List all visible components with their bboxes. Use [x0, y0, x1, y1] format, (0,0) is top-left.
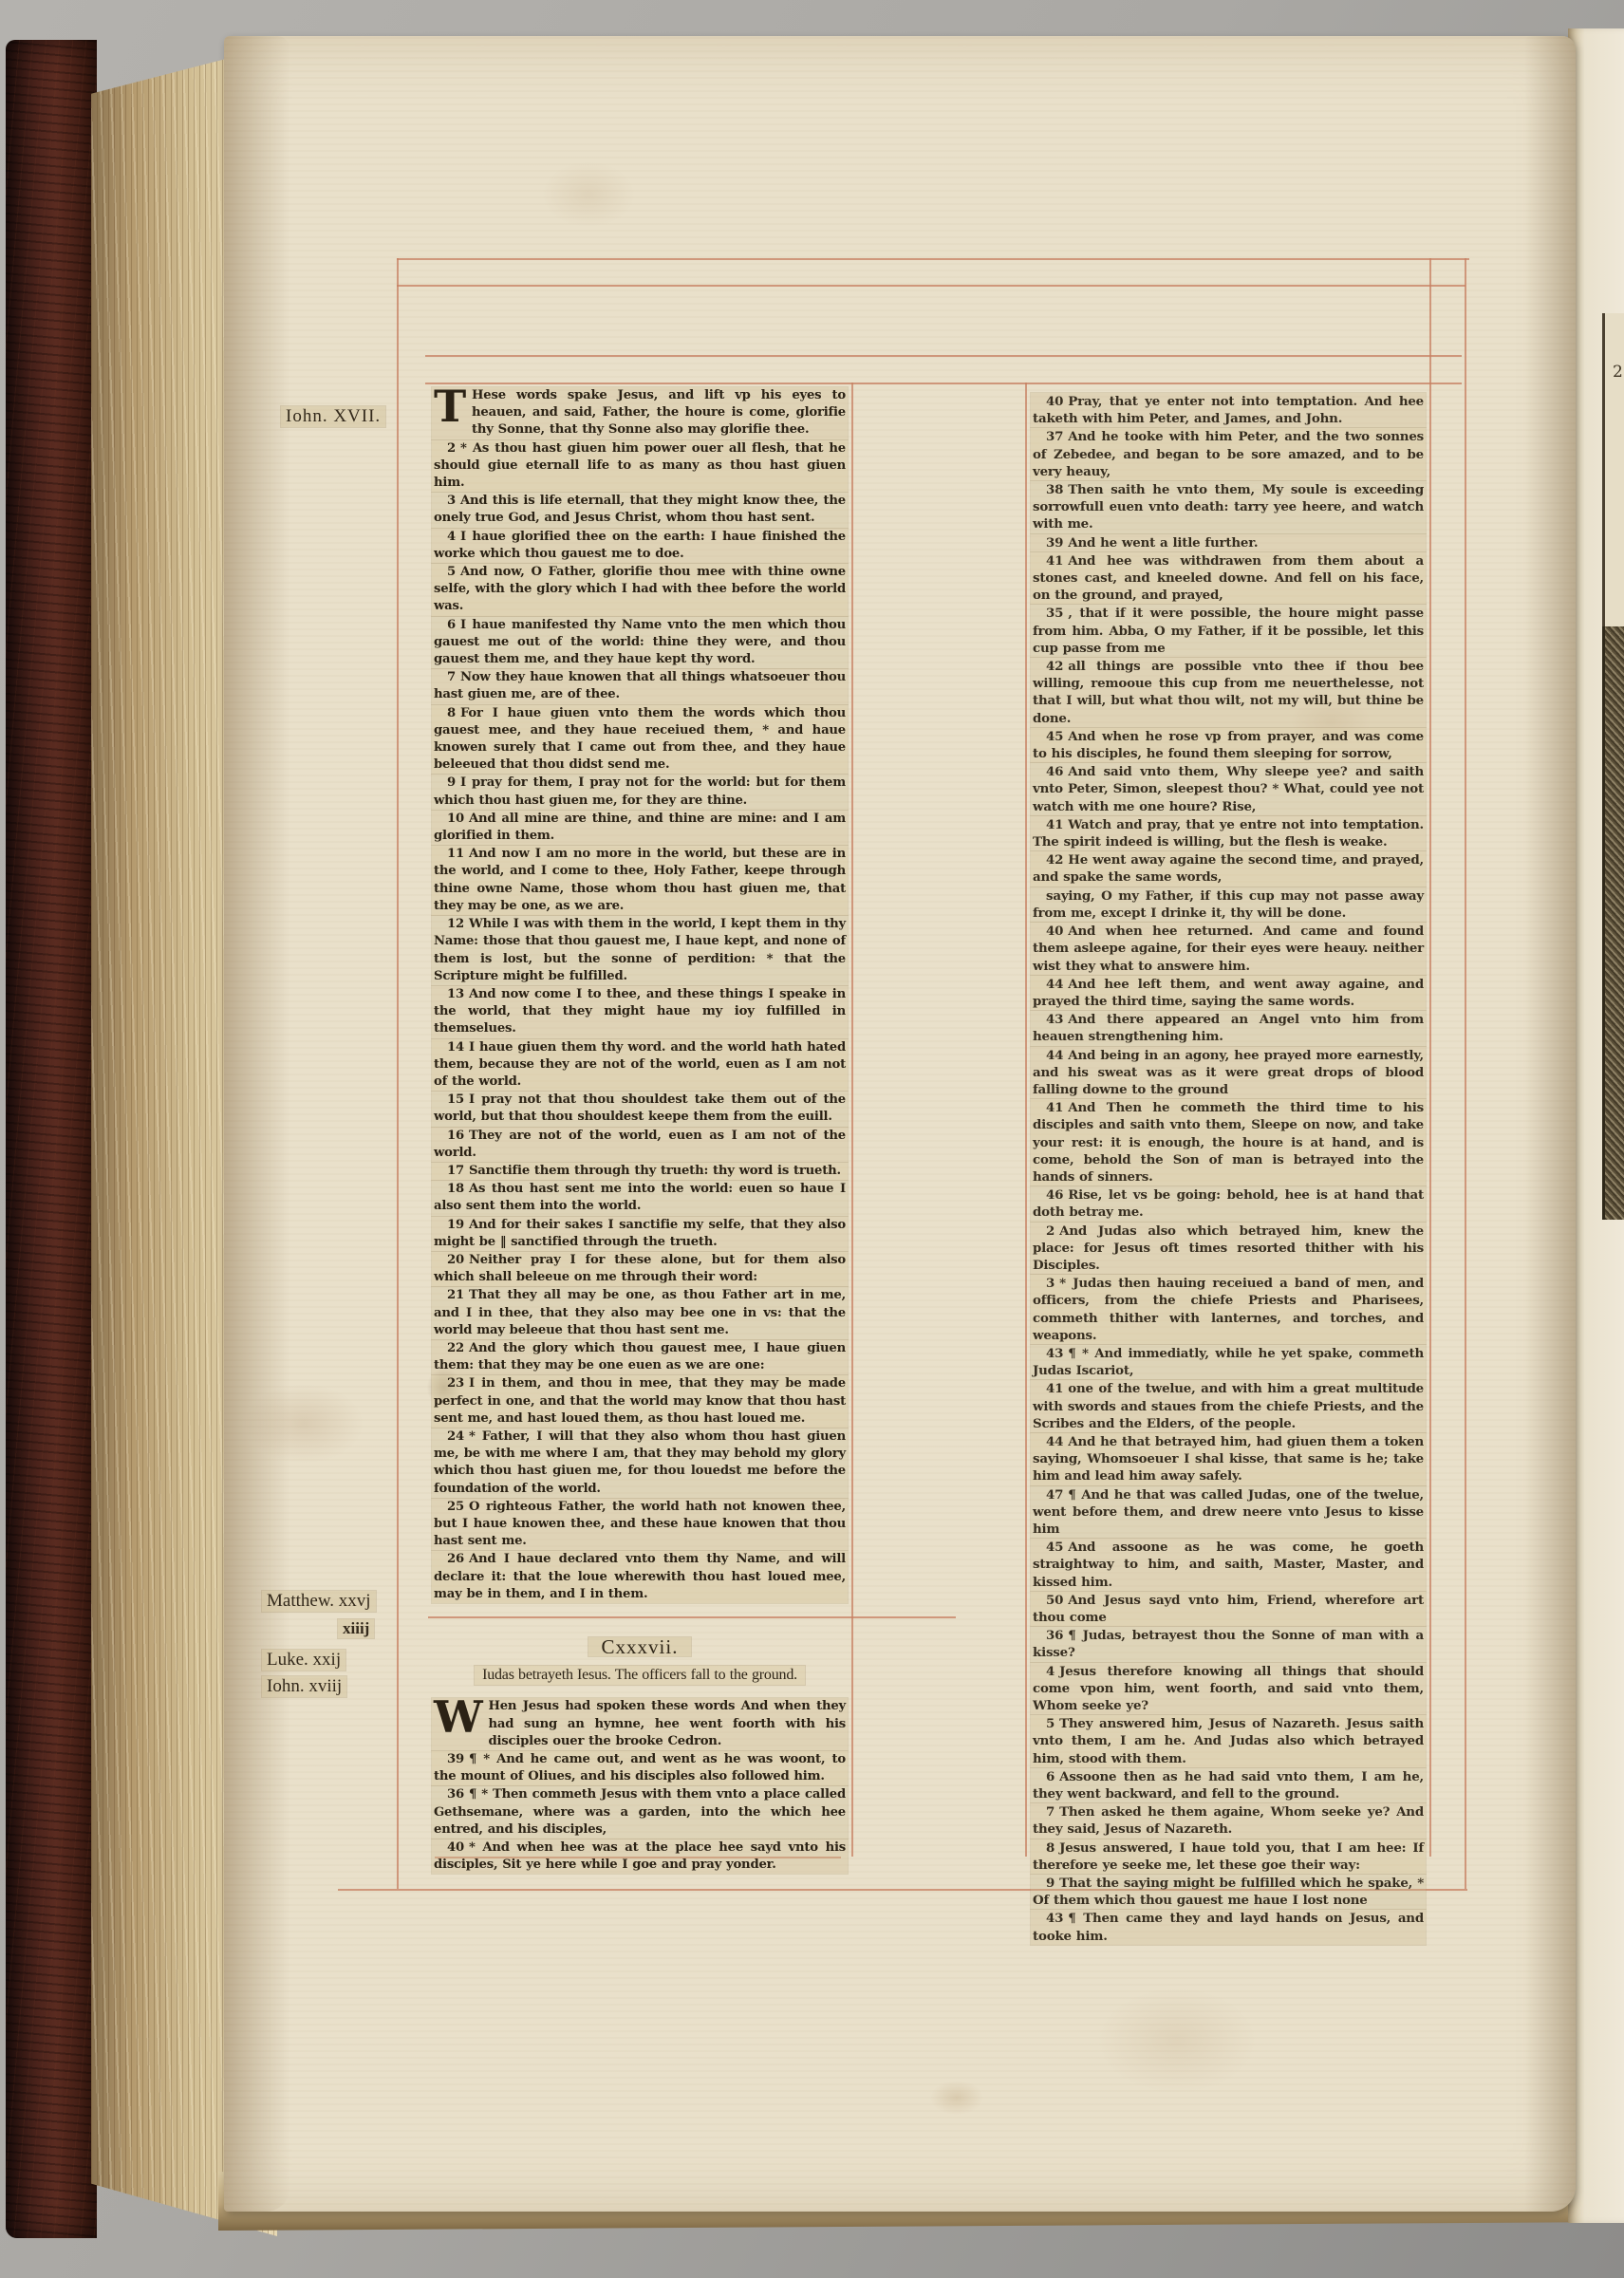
verse-number: 4 — [447, 530, 460, 544]
verse-number: 41 — [1046, 817, 1068, 832]
verse-number: 44 — [1046, 977, 1068, 992]
book-cover-spine — [6, 40, 97, 2238]
verse-paragraph: 24* Father, I will that they also whom t… — [432, 1428, 848, 1498]
left-column: THese words spake Jesus, and lift vp his… — [432, 387, 848, 1875]
verse-number: 23 — [447, 1376, 469, 1391]
verse-paragraph: 22And the glory which thou gauest mee, I… — [432, 1340, 848, 1374]
leather-texture — [6, 40, 97, 2238]
verse-paragraph: 15I pray not that thou shouldest take th… — [432, 1092, 848, 1126]
verse-number: 5 — [1046, 1716, 1059, 1731]
verse-number: 26 — [447, 1552, 469, 1566]
verse-paragraph: 7Now they haue knowen that all things wh… — [432, 669, 848, 703]
ruled-line-header-bottom — [425, 383, 1462, 384]
verse-number: 45 — [1046, 729, 1068, 744]
verse-number: 19 — [447, 1218, 469, 1232]
verse-number: 20 — [447, 1253, 469, 1267]
verse-number: 43 — [1046, 1911, 1068, 1926]
verse-paragraph: 2And Judas also which betrayed him, knew… — [1031, 1223, 1426, 1275]
verse-paragraph: WHen Jesus had spoken these words And wh… — [432, 1698, 848, 1750]
verse-paragraph: 26And I haue declared vnto them thy Name… — [432, 1551, 848, 1603]
verse-number: 7 — [1046, 1804, 1059, 1820]
verse-number: 3 — [1046, 1276, 1059, 1291]
verse-paragraph: 41And hee was withdrawen from them about… — [1031, 552, 1426, 605]
verse-paragraph: 4I haue glorified thee on the earth: I h… — [432, 529, 848, 563]
verse-number: 2 — [1046, 1223, 1059, 1239]
ruled-line-right-outer-vertical — [1465, 258, 1466, 1889]
verse-number: 36 — [447, 1787, 469, 1802]
verse-paragraph: 3And this is life eternall, that they mi… — [432, 493, 848, 527]
ruled-line-header-top — [425, 355, 1462, 357]
verse-paragraph: 39¶ * And he came out, and went as he wa… — [432, 1751, 848, 1785]
section-verses: WHen Jesus had spoken these words And wh… — [432, 1698, 848, 1874]
ruled-line-top-inner — [397, 285, 1465, 287]
verse-number: 45 — [1046, 1540, 1068, 1555]
verse-paragraph: 16They are not of the world, euen as I a… — [432, 1128, 848, 1162]
section-title: Iudas betrayeth Iesus. The officers fall… — [475, 1666, 805, 1685]
margin-note-john-xviii: Iohn. xviij — [262, 1676, 346, 1697]
verse-paragraph: 50And Jesus sayd vnto him, Friend, where… — [1031, 1592, 1426, 1626]
verse-paragraph: 47¶ And he that was called Judas, one of… — [1031, 1486, 1426, 1539]
verse-paragraph: 18As thou hast sent me into the world: e… — [432, 1181, 848, 1215]
ruled-line-left-vertical — [397, 258, 399, 1889]
verse-number: 10 — [447, 812, 469, 826]
verse-paragraph: 46Rise, let vs be going: behold, hee is … — [1031, 1186, 1426, 1221]
verse-number: 46 — [1046, 1187, 1068, 1203]
verse-paragraph: 38Then saith he vnto them, My soule is e… — [1031, 481, 1426, 533]
section-number: Cxxxvii. — [588, 1637, 692, 1656]
verse-paragraph: 8Jesus answered, I haue told you, that I… — [1031, 1839, 1426, 1874]
verse-number: 40 — [1046, 394, 1068, 409]
verse-paragraph: 36¶ Judas, betrayest thou the Sonne of m… — [1031, 1627, 1426, 1661]
verse-number: 5 — [447, 565, 460, 579]
verse-paragraph: 40Pray, that ye enter not into temptatio… — [1031, 393, 1426, 427]
verse-number: 44 — [1046, 1048, 1068, 1063]
margin-note-matthew: Matthew. xxvj — [262, 1591, 376, 1612]
verse-paragraph: 11And now I am no more in the world, but… — [432, 846, 848, 915]
margin-book-name: Iohn. — [286, 406, 328, 426]
engraving-border-fragment: 2 — [1602, 313, 1624, 626]
verse-paragraph: 20Neither pray I for these alone, but fo… — [432, 1252, 848, 1286]
verse-number: 38 — [1046, 482, 1068, 497]
verse-paragraph: 7Then asked he them againe, Whom seeke y… — [1031, 1803, 1426, 1838]
harmony-verses: 40Pray, that ye enter not into temptatio… — [1031, 393, 1426, 1945]
engraving-hatch-fragment — [1602, 626, 1624, 1220]
ruled-line-leftcol-right-vertical — [851, 383, 853, 1857]
verse-paragraph: 17Sanctifie them through thy trueth: thy… — [432, 1163, 848, 1180]
verse-paragraph: 40And when hee returned. And came and fo… — [1031, 923, 1426, 975]
verse-paragraph: 43And there appeared an Angel vnto him f… — [1031, 1011, 1426, 1045]
verse-paragraph: 41Watch and pray, that ye entre not into… — [1031, 816, 1426, 850]
verse-number: 11 — [447, 847, 469, 861]
verse-number: 3 — [447, 494, 460, 508]
verse-number: 6 — [1046, 1769, 1059, 1784]
verse-paragraph: 44And hee left them, and went away again… — [1031, 976, 1426, 1010]
verse-number: 4 — [1046, 1664, 1059, 1679]
drop-cap: W — [434, 1698, 488, 1734]
verse-paragraph: 39And he went a litle further. — [1031, 534, 1426, 551]
verse-number: 6 — [447, 618, 460, 632]
verse-number: 25 — [447, 1500, 469, 1514]
verse-number: 35 — [1046, 606, 1068, 621]
verse-number: 41 — [1046, 1381, 1068, 1396]
photo-of-open-book: 2 Iohn. XVII. Matthew. xxvj xiiij Luke. … — [0, 0, 1624, 2278]
verse-number: 47 — [1046, 1487, 1068, 1503]
verse-number: 44 — [1046, 1434, 1068, 1449]
verse-paragraph: 44And he that betrayed him, had giuen th… — [1031, 1433, 1426, 1485]
verse-number: 50 — [1046, 1593, 1068, 1608]
verse-number: 37 — [1046, 429, 1068, 444]
verse-paragraph: 40* And when hee was at the place hee sa… — [432, 1839, 848, 1874]
verse-paragraph: 35, that if it were possible, the houre … — [1031, 605, 1426, 657]
john17-verses: THese words spake Jesus, and lift vp his… — [432, 387, 848, 1603]
verse-number: 9 — [1046, 1876, 1059, 1891]
verse-paragraph: 10And all mine are thine, and thine are … — [432, 811, 848, 845]
verse-paragraph: 9That the saying might be fulfilled whic… — [1031, 1875, 1426, 1909]
drop-cap: T — [434, 387, 472, 423]
verse-number: 22 — [447, 1341, 469, 1355]
verse-paragraph: 3* Judas then hauing receiued a band of … — [1031, 1275, 1426, 1344]
verse-paragraph: 42He went away againe the second time, a… — [1031, 851, 1426, 886]
verse-paragraph: 8For I haue giuen vnto them the words wh… — [432, 705, 848, 775]
verse-number: 39 — [447, 1752, 469, 1766]
verse-paragraph: 45And assoone as he was come, he goeth s… — [1031, 1539, 1426, 1591]
verse-number: 40 — [447, 1840, 469, 1855]
verse-number: 41 — [1046, 1100, 1068, 1115]
verse-paragraph: 21That they all may be one, as thou Fath… — [432, 1287, 848, 1339]
verse-paragraph: 19And for their sakes I sanctifie my sel… — [432, 1217, 848, 1251]
ruled-line-rightcol-right-vertical — [1429, 258, 1431, 1857]
verse-number: 40 — [1046, 924, 1068, 939]
verse-paragraph: 41And Then he commeth the third time to … — [1031, 1099, 1426, 1186]
verse-number: 21 — [447, 1288, 469, 1302]
verse-paragraph: 42all things are possible vnto thee if t… — [1031, 658, 1426, 727]
verse-number: 39 — [1046, 535, 1068, 551]
verse-paragraph: 12While I was with them in the world, I … — [432, 916, 848, 985]
verse-number: 43 — [1046, 1346, 1068, 1361]
verse-paragraph: 4Jesus therefore knowing all things that… — [1031, 1663, 1426, 1715]
verse-paragraph: 44And being in an agony, hee prayed more… — [1031, 1047, 1426, 1099]
verse-paragraph: 5And now, O Father, glorifie thou mee wi… — [432, 564, 848, 616]
verse-paragraph: 13And now come I to thee, and these thin… — [432, 986, 848, 1038]
verse-number: 24 — [447, 1429, 469, 1444]
section-divider-rule — [428, 1616, 956, 1618]
margin-chapter-numeral: XVII. — [333, 406, 381, 426]
verse-paragraph: 43¶ Then came they and layd hands on Jes… — [1031, 1910, 1426, 1944]
verse-paragraph: 41one of the twelue, and with him a grea… — [1031, 1380, 1426, 1432]
edge-page-number: 2 — [1613, 363, 1623, 382]
verse-paragraph: 46And said vnto them, Why sleepe yee? an… — [1031, 763, 1426, 815]
verse-number: 8 — [447, 706, 460, 720]
verse-number: 46 — [1046, 764, 1068, 779]
ruled-line-top-outer — [397, 258, 1469, 260]
verse-number: 43 — [1046, 1012, 1068, 1027]
verse-number: 7 — [447, 670, 460, 684]
verse-number: 2 — [447, 441, 460, 456]
verse-number: 16 — [447, 1129, 469, 1143]
verse-paragraph: 43¶ * And immediatly, while he yet spake… — [1031, 1345, 1426, 1379]
verse-paragraph: 25O righteous Father, the world hath not… — [432, 1499, 848, 1551]
verse-number: 36 — [1046, 1628, 1068, 1643]
verse-paragraph: 14I haue giuen them thy word. and the wo… — [432, 1039, 848, 1092]
verse-number: 17 — [447, 1164, 469, 1178]
ruled-line-rightcol-left-vertical — [1025, 383, 1027, 1857]
verse-number: 14 — [447, 1040, 469, 1055]
verse-number: 13 — [447, 987, 469, 1001]
verse-number: 9 — [447, 775, 460, 790]
verse-paragraph: 5They answered him, Jesus of Nazareth. J… — [1031, 1715, 1426, 1767]
verse-paragraph: 2* As thou hast giuen him power ouer all… — [432, 440, 848, 493]
margin-note-xiiij: xiiij — [338, 1619, 374, 1638]
verse-paragraph: 6Assoone then as he had said vnto them, … — [1031, 1768, 1426, 1802]
verse-paragraph: 37And he tooke with him Peter, and the t… — [1031, 428, 1426, 480]
verse-number: 15 — [447, 1092, 469, 1107]
verse-paragraph: 45And when he rose vp from prayer, and w… — [1031, 728, 1426, 762]
verse-number: 18 — [447, 1182, 469, 1196]
verse-paragraph: 23I in them, and thou in mee, that they … — [432, 1375, 848, 1428]
verse-number: 42 — [1046, 852, 1068, 868]
right-column: 40Pray, that ye enter not into temptatio… — [1031, 393, 1426, 1946]
gutter-shadow-left — [224, 36, 290, 2212]
margin-note-john-xvii: Iohn. XVII. — [281, 406, 385, 427]
verse-number: 42 — [1046, 659, 1068, 674]
verse-paragraph: 9I pray for them, I pray not for the wor… — [432, 775, 848, 809]
verse-paragraph: saying, O my Father, if this cup may not… — [1031, 887, 1426, 922]
margin-note-luke: Luke. xxij — [262, 1650, 345, 1671]
next-page-sliver: 2 — [1568, 28, 1624, 2223]
verse-paragraph: 36¶ * Then commeth Jesus with them vnto … — [432, 1786, 848, 1839]
verse-number: 8 — [1046, 1840, 1059, 1856]
page-curl-shadow-right — [1524, 36, 1576, 2212]
verse-paragraph: 6I haue manifested thy Name vnto the men… — [432, 617, 848, 669]
verse-number: 41 — [1046, 553, 1068, 569]
verse-number: 12 — [447, 917, 469, 931]
verse-paragraph: THese words spake Jesus, and lift vp his… — [432, 387, 848, 439]
